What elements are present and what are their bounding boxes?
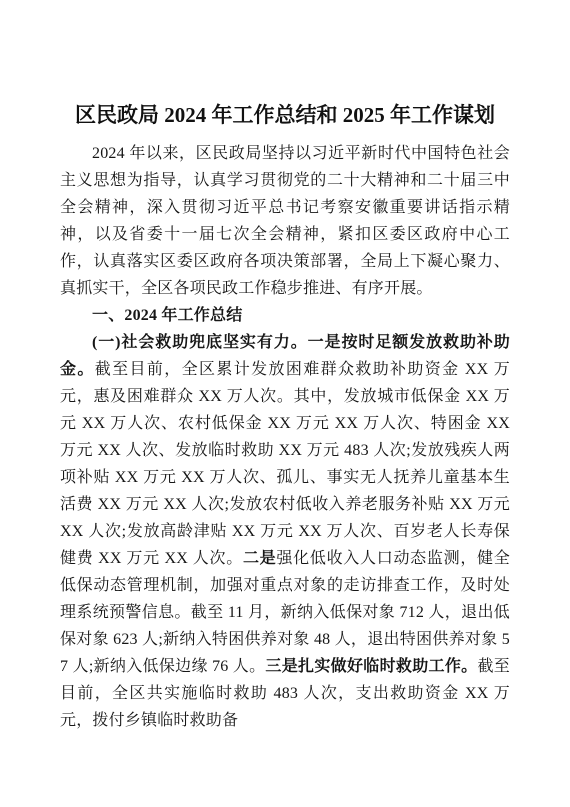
section-heading: 一、2024 年工作总结 <box>60 302 510 329</box>
text-run: 三是扎实做好临时救助工作。 <box>265 658 477 675</box>
paragraph: 2024 年以来，区民政局坚持以习近平新时代中国特色社会主义思想为指导，认真学习… <box>60 140 510 302</box>
text-run: 截至目前，全区累计发放困难群众救助补助资金 XX 万元，惠及困难群众 XX 万人… <box>60 361 510 567</box>
text-run: 一、2024 年工作总结 <box>92 307 242 324</box>
paragraph: (一)社会救助兜底坚实有力。一是按时足额发放救助补助金。截至目前，全区累计发放困… <box>60 329 510 734</box>
document-page: 区民政局 2024 年工作总结和 2025 年工作谋划 2024 年以来，区民政… <box>0 0 570 807</box>
text-run: 强化低收入人口动态监测，健全低保动态管理机制，加强对重点对象的走访排查工作，及时… <box>60 550 510 675</box>
text-run: 2024 年以来，区民政局坚持以习近平新时代中国特色社会主义思想为指导，认真学习… <box>60 145 510 297</box>
document-body: 2024 年以来，区民政局坚持以习近平新时代中国特色社会主义思想为指导，认真学习… <box>60 140 510 734</box>
document-title: 区民政局 2024 年工作总结和 2025 年工作谋划 <box>60 100 510 130</box>
text-run: 二是 <box>243 550 276 567</box>
